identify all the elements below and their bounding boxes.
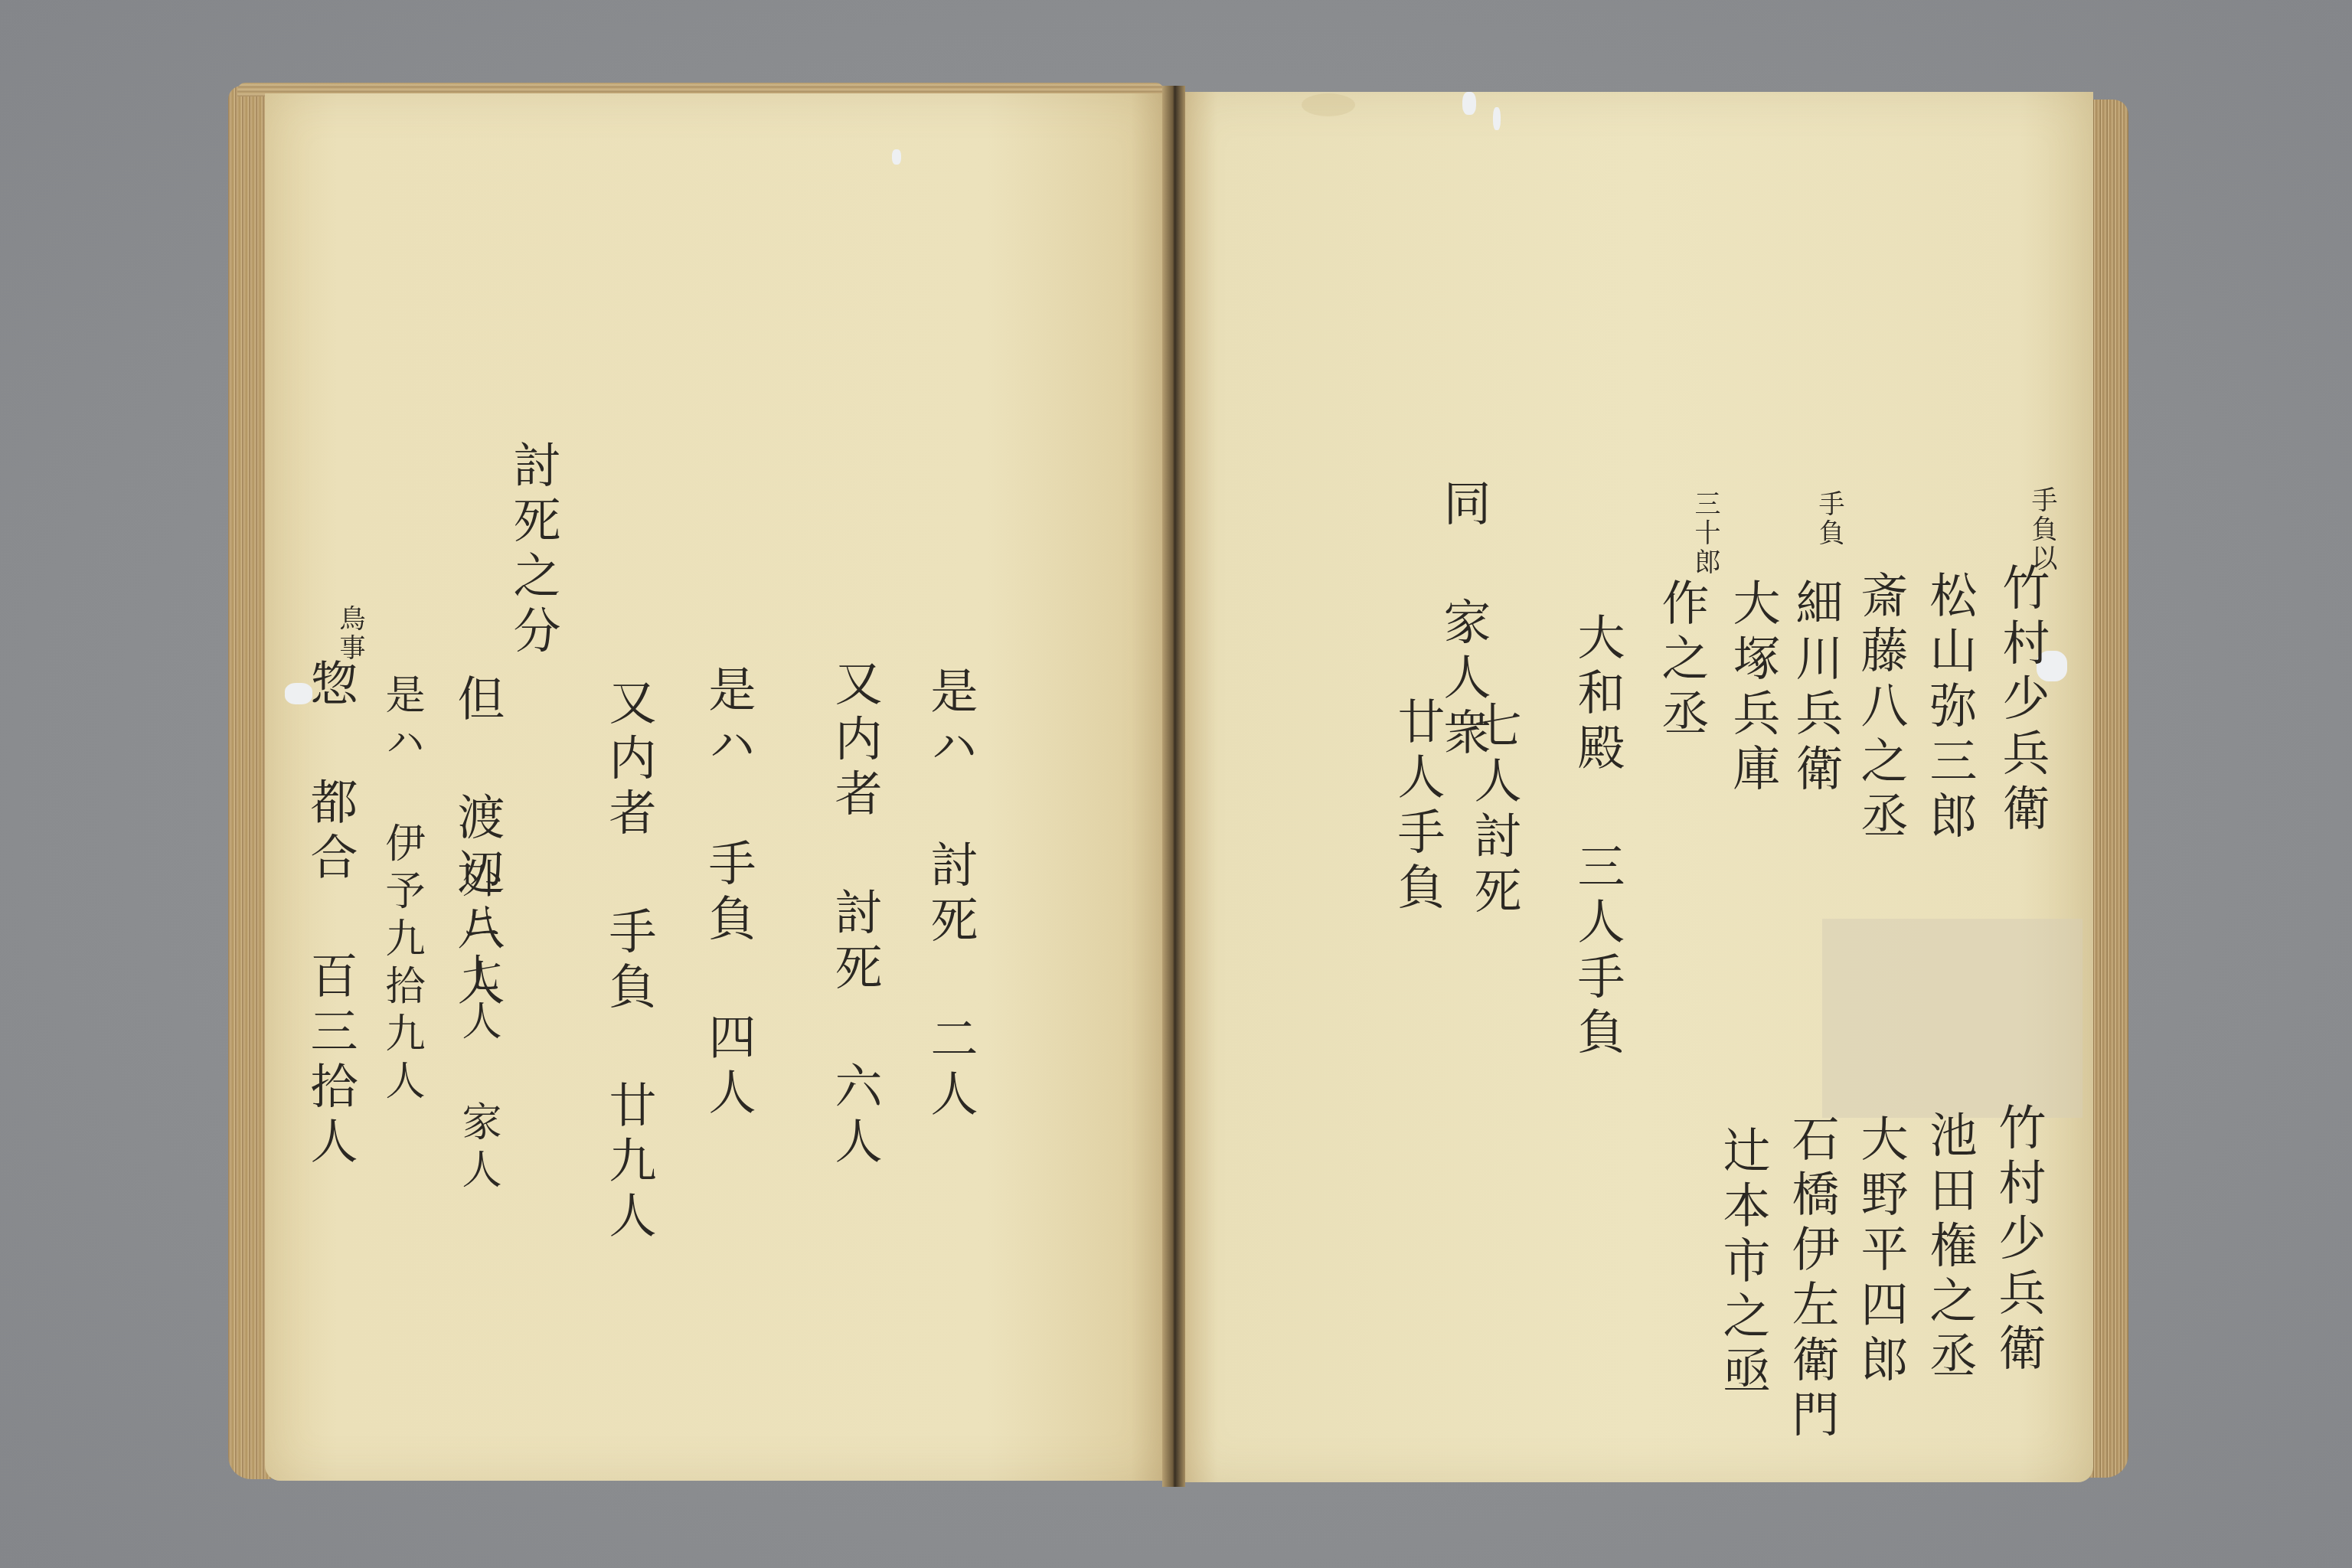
annotation: 鳥事	[337, 605, 363, 663]
text-column: 是ハ 討死 二人	[926, 666, 974, 1124]
annotation: 手負以	[2029, 486, 2055, 573]
text-column: 竹村少兵衛	[1998, 563, 2046, 838]
text-column: 是ハ 手負 四人	[704, 665, 752, 1122]
text-column: 辻本市之亟	[1719, 1125, 1766, 1401]
paper-tear	[892, 149, 901, 165]
text-column: 石橋伊左衛門	[1788, 1114, 1835, 1445]
paper-patch	[1822, 919, 2082, 1118]
annotation: 手負	[1816, 490, 1842, 548]
paper-tear	[1462, 92, 1476, 115]
text-column: 池田権之丞	[1926, 1110, 1973, 1386]
text-column: 作之丞	[1658, 578, 1705, 743]
text-column: 細川兵衛	[1792, 578, 1839, 799]
text-column: 又内者 討死 六人	[831, 658, 878, 1171]
paper-tear	[1493, 107, 1501, 130]
text-column: 惣 都合 百三拾人	[306, 658, 354, 1171]
text-column: 大和殿 三人手負	[1573, 612, 1621, 1062]
text-column: 是ハ 伊予九拾九人	[381, 674, 421, 1107]
text-column: 外ニ七人 家人	[458, 857, 498, 1196]
text-column: 廿人手負	[1393, 697, 1441, 917]
text-column: 竹村少兵衛	[1994, 1102, 2042, 1378]
book-gutter	[1162, 86, 1185, 1487]
text-column: 大野平四郎	[1857, 1114, 1904, 1390]
text-column: 斎藤八之丞	[1857, 570, 1904, 846]
right-page-edges	[2087, 100, 2128, 1478]
text-column: 七人討死	[1470, 701, 1517, 921]
text-column: 又内者 手負 廿九人	[605, 678, 652, 1246]
text-column: 大塚兵庫	[1729, 578, 1776, 799]
section-heading: 討死之分	[509, 440, 557, 661]
annotation: 三十郎	[1692, 490, 1718, 577]
text-column: 松山弥三郎	[1926, 570, 1973, 846]
stain	[1302, 93, 1355, 116]
